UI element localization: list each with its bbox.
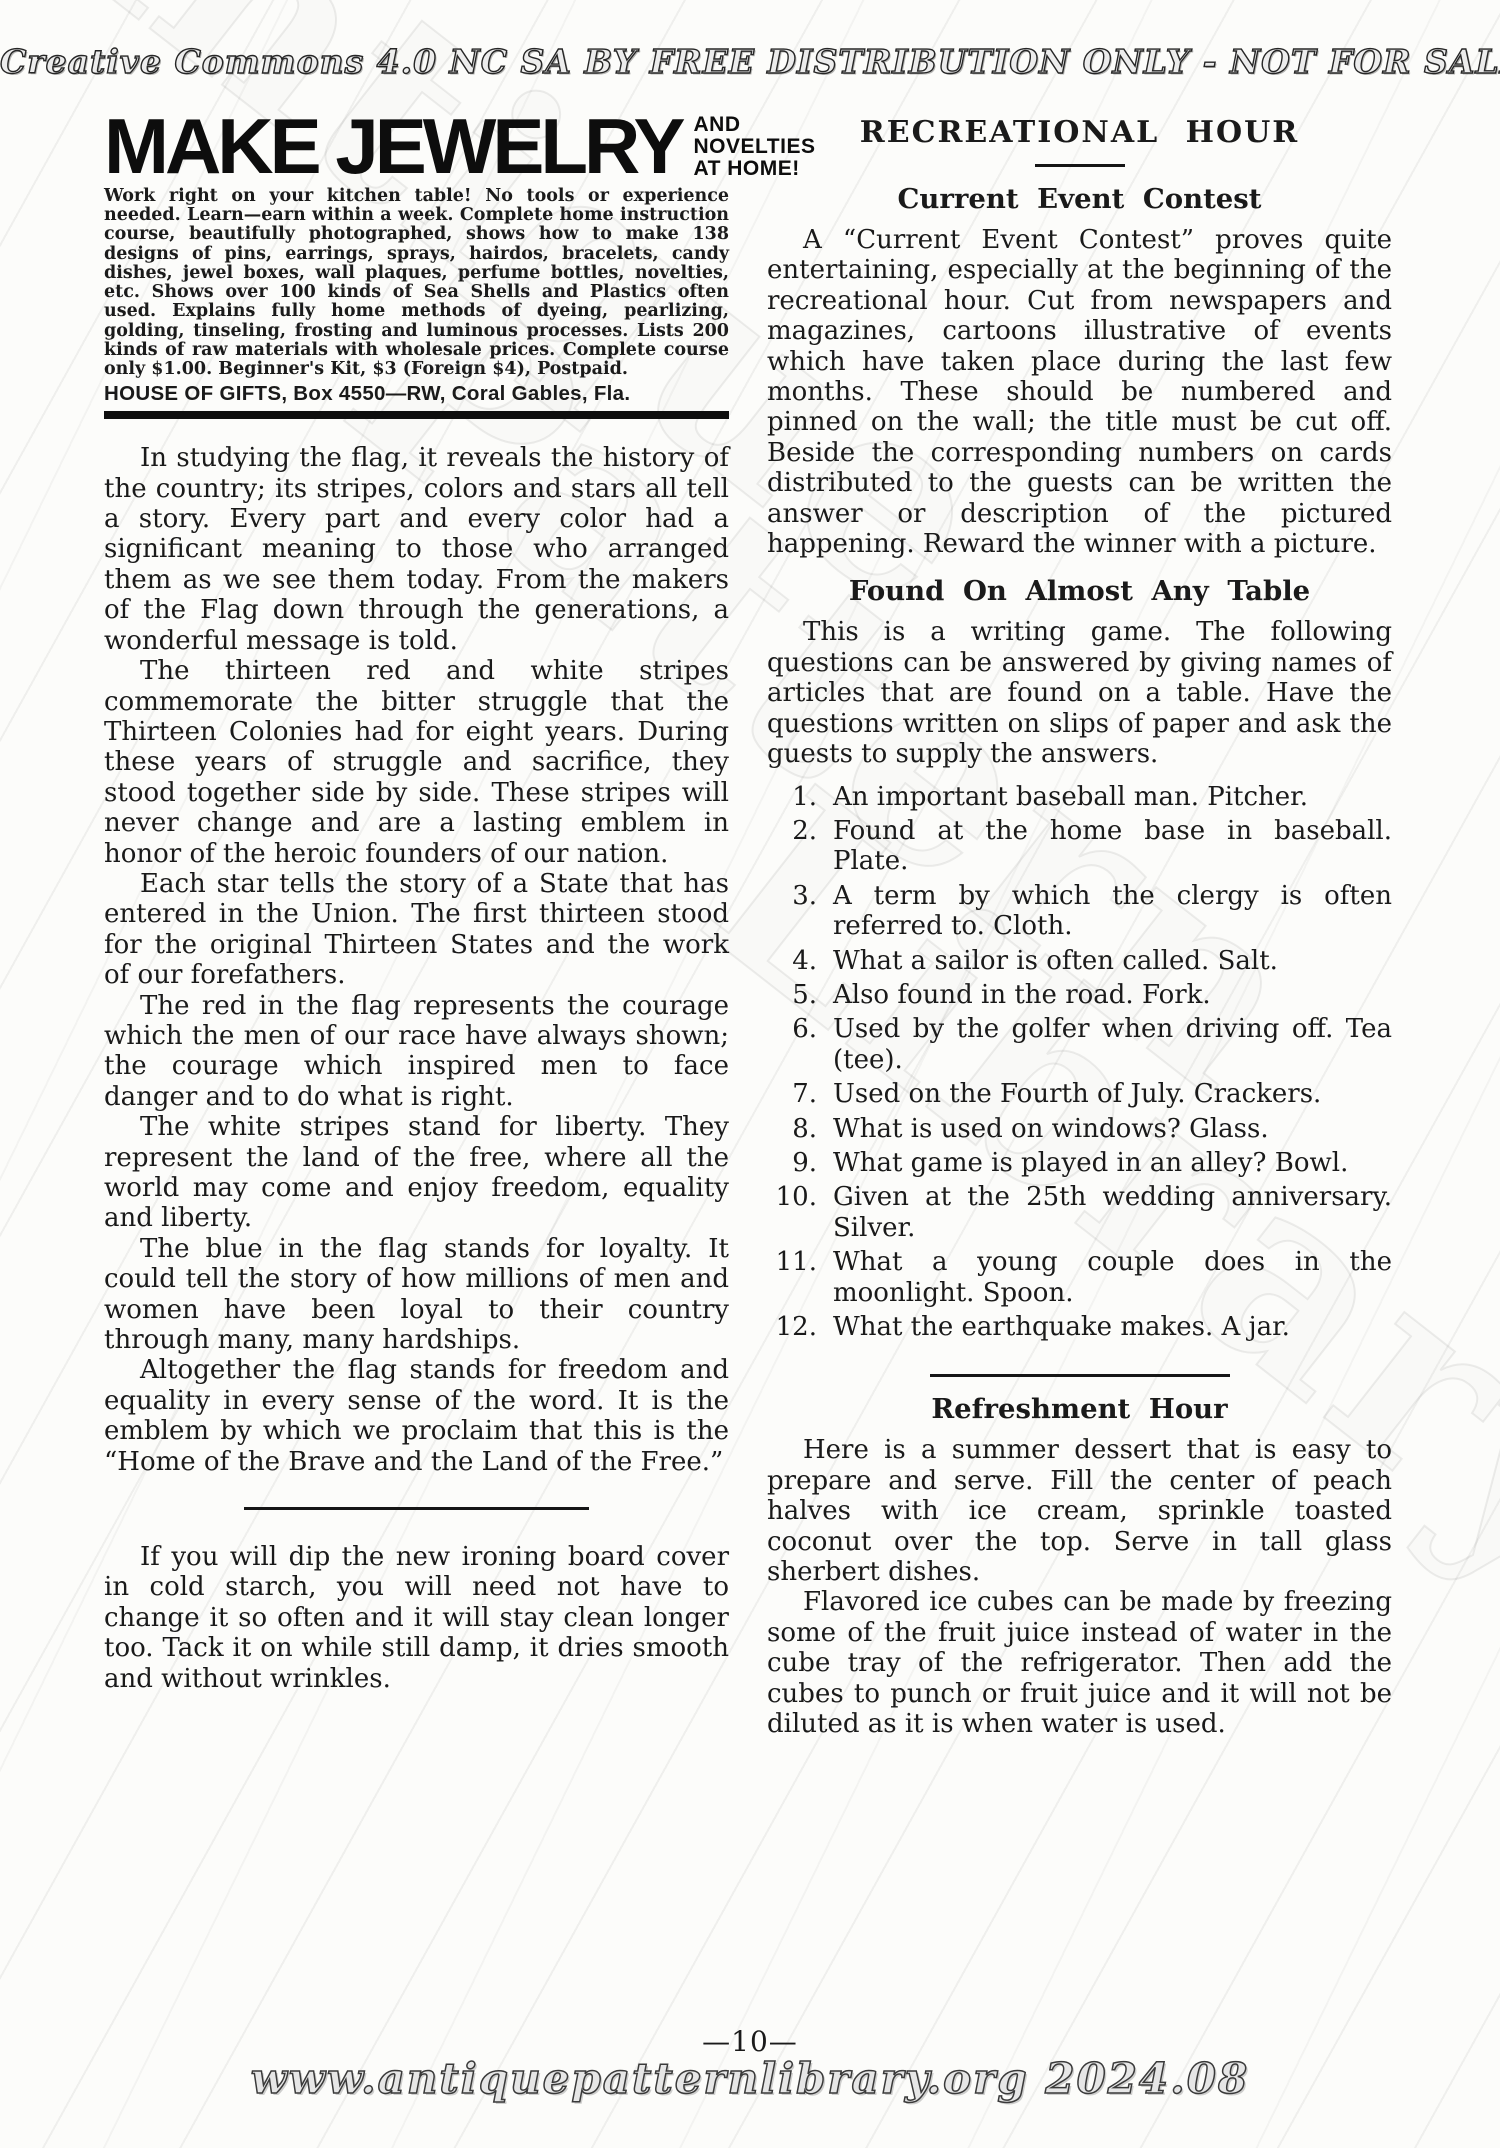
article-paragraph: The thirteen red and white stripes comme… [104,656,729,869]
question-number: 8. [767,1114,817,1144]
question-item: 1. An important baseball man. Pitcher. [767,782,1392,812]
current-event-contest-heading: Current Event Contest [767,183,1392,215]
question-text: Given at the 25th wedding anniversary. S… [833,1182,1392,1243]
question-text: What a young couple does in the moonligh… [833,1247,1392,1308]
question-number: 5. [767,980,817,1010]
article-paragraph: The blue in the flag stands for loyalty.… [104,1234,729,1356]
ad-body-text: Work right on your kitchen table! No too… [104,187,729,380]
question-number: 6. [767,1014,817,1075]
question-number: 7. [767,1079,817,1109]
refreshment-paragraph: Flavored ice cubes can be made by freezi… [767,1587,1392,1739]
question-text: Used on the Fourth of July. Crackers. [833,1079,1392,1109]
question-item: 7. Used on the Fourth of July. Crackers. [767,1079,1392,1109]
table-game-intro: This is a writing game. The following qu… [767,617,1392,769]
question-item: 11. What a young couple does in the moon… [767,1247,1392,1308]
refreshment-paragraph: Here is a summer dessert that is easy to… [767,1435,1392,1587]
article-paragraph: The white stripes stand for liberty. The… [104,1112,729,1234]
article-paragraph: Each star tells the story of a State tha… [104,869,729,991]
question-number: 9. [767,1148,817,1178]
question-list: 1. An important baseball man. Pitcher. 2… [767,782,1392,1343]
question-number: 2. [767,816,817,877]
question-text: Also found in the road. Fork. [833,980,1392,1010]
question-text: Used by the golfer when driving off. Tea… [833,1014,1392,1075]
contest-section: A “Current Event Contest” proves quite e… [767,225,1392,559]
question-text: What the earthquake makes. A jar. [833,1312,1392,1342]
question-item: 9. What game is played in an alley? Bowl… [767,1148,1392,1178]
page-number: —10— [0,2028,1500,2056]
question-item: 6. Used by the golfer when driving off. … [767,1014,1392,1075]
question-number: 3. [767,881,817,942]
question-number: 4. [767,946,817,976]
question-item: 8. What is used on windows? Glass. [767,1114,1392,1144]
found-on-table-heading: Found On Almost Any Table [767,575,1392,607]
section-divider-rule [244,1507,589,1510]
flag-article: In studying the flag, it reveals the his… [104,443,729,1477]
question-number: 12. [767,1312,817,1342]
question-item: 4. What a sailor is often called. Salt. [767,946,1392,976]
article-paragraph: The red in the flag represents the coura… [104,991,729,1113]
left-column: MAKE JEWELRY ANDNOVELTIESAT HOME! Work r… [104,111,729,1739]
make-jewelry-ad: MAKE JEWELRY ANDNOVELTIESAT HOME! Work r… [104,111,729,419]
question-text: Found at the home base in baseball. Plat… [833,816,1392,877]
question-number: 10. [767,1182,817,1243]
question-text: An important baseball man. Pitcher. [833,782,1392,812]
question-item: 2. Found at the home base in baseball. P… [767,816,1392,877]
copyright-banner: Creative Commons 4.0 NC SA BY FREE DISTR… [0,42,1500,81]
ironing-tip-paragraph: If you will dip the new ironing board co… [104,1542,729,1694]
question-text: What is used on windows? Glass. [833,1114,1392,1144]
question-item: 5. Also found in the road. Fork. [767,980,1392,1010]
ad-headline: MAKE JEWELRY [104,111,682,183]
page-footer: —10— www.antiquepatternlibrary.org 2024.… [0,2028,1500,2102]
article-paragraph: Altogether the flag stands for freedom a… [104,1355,729,1477]
ad-header-row: MAKE JEWELRY ANDNOVELTIESAT HOME! [104,111,729,183]
question-number: 11. [767,1247,817,1308]
refreshment-hour-heading: Refreshment Hour [767,1393,1392,1425]
scanned-magazine-page: AntiquePatternLibrary Creative Commons 4… [0,0,1500,2148]
refreshment-divider-rule [930,1374,1230,1377]
contest-paragraph: A “Current Event Contest” proves quite e… [767,225,1392,559]
ad-address-line: HOUSE OF GIFTS, Box 4550—RW, Coral Gable… [104,382,729,406]
question-text: What a sailor is often called. Salt. [833,946,1392,976]
table-intro-paragraph: This is a writing game. The following qu… [767,617,1392,769]
recreational-hour-title: RECREATIONAL HOUR [767,115,1392,150]
two-column-layout: MAKE JEWELRY ANDNOVELTIESAT HOME! Work r… [0,81,1500,1739]
article-paragraph: In studying the flag, it reveals the his… [104,443,729,656]
title-underline-rule [1035,164,1125,167]
question-text: A term by which the clergy is often refe… [833,881,1392,942]
right-column: RECREATIONAL HOUR Current Event Contest … [767,111,1392,1739]
website-credit-line: www.antiquepatternlibrary.org 2024.08 [0,2056,1500,2102]
question-item: 12. What the earthquake makes. A jar. [767,1312,1392,1342]
question-text: What game is played in an alley? Bowl. [833,1148,1392,1178]
question-number: 1. [767,782,817,812]
question-item: 3. A term by which the clergy is often r… [767,881,1392,942]
refreshment-section: Here is a summer dessert that is easy to… [767,1435,1392,1739]
question-item: 10. Given at the 25th wedding anniversar… [767,1182,1392,1243]
